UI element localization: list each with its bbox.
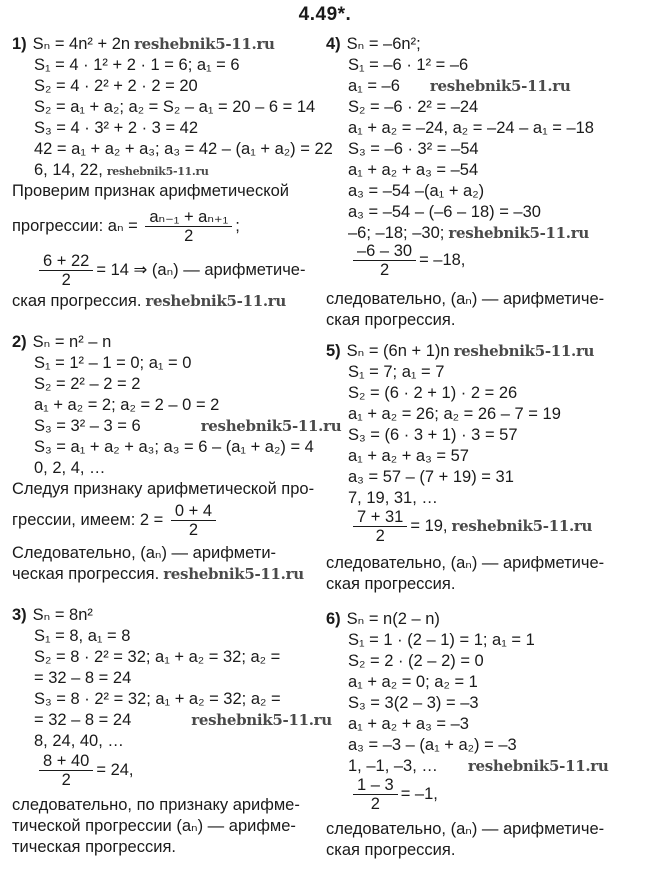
p6-line-2: S₂ = 2 · (2 – 2) = 0	[326, 652, 484, 671]
p6-line-6: a₃ = –3 – (a₁ + a₂) = –3	[326, 736, 517, 755]
fraction: 7 + 312	[353, 508, 407, 545]
p4-line-0: 4)Sₙ = –6n²;	[326, 35, 421, 54]
p5-line-4: S₃ = (6 · 3 + 1) · 3 = 57	[326, 426, 518, 445]
p4-line-1: S₁ = –6 · 1² = –6	[326, 56, 468, 75]
p3-line-1: S₁ = 8, a₁ = 8	[12, 627, 130, 646]
fraction: 6 + 222	[39, 252, 93, 289]
p5-line-0: 5)Sₙ = (6n + 1)nreshebnik5-11.ru	[326, 342, 594, 361]
p4-label: 4)	[326, 35, 341, 53]
p4-line-9: –6; –18; –30;reshebnik5-11.ru	[326, 224, 589, 243]
p1-formula: прогрессии: aₙ = aₙ₋₁ + aₙ₊₁2;	[12, 208, 240, 245]
p3-conclusion-2: тической прогрессии (aₙ) — арифме-	[12, 817, 296, 836]
p4-conclusion-2: ская прогрессия.	[326, 311, 455, 330]
p6-line-0: 6)Sₙ = n(2 – n)	[326, 610, 440, 629]
p2-line-4: S₃ = 3² – 3 = 6reshebnik5-11.ru	[12, 417, 341, 436]
watermark: reshebnik5-11.ru	[430, 77, 571, 95]
p1-conclusion: ская прогрессия.reshebnik5-11.ru	[12, 292, 286, 311]
p5-label: 5)	[326, 342, 341, 360]
p2-line-6: 0, 2, 4, …	[12, 459, 106, 478]
p5-line-3: a₁ + a₂ = 26; a₂ = 26 – 7 = 19	[326, 405, 561, 424]
watermark: reshebnik5-11.ru	[163, 565, 304, 583]
p3-line-4: S₃ = 8 · 2² = 32; a₁ + a₂ = 32; a₂ =	[12, 690, 281, 709]
fraction: –6 – 302	[353, 242, 416, 279]
p4-line-5: S₃ = –6 · 3² = –54	[326, 140, 479, 159]
p3-line-5: = 32 – 8 = 24reshebnik5-11.ru	[12, 711, 332, 730]
p4-conclusion-1: следовательно, (aₙ) — арифметиче-	[326, 290, 604, 309]
watermark: reshebnik5-11.ru	[134, 35, 275, 53]
watermark: reshebnik5-11.ru	[145, 292, 286, 310]
p5-check: 7 + 312= 19,reshebnik5-11.ru	[350, 508, 592, 545]
p2-text: Следуя признаку арифметической про-	[12, 480, 314, 499]
p6-line-5: a₁ + a₂ + a₃ = –3	[326, 715, 469, 734]
watermark: reshebnik5-11.ru	[452, 517, 593, 535]
p3-label: 3)	[12, 606, 27, 624]
p6-check: 1 – 32= –1,	[350, 776, 438, 813]
p4-line-2: a₁ = –6reshebnik5-11.ru	[326, 77, 571, 96]
p5-line-1: S₁ = 7; a₁ = 7	[326, 363, 444, 382]
p2-conclusion-2: ческая прогрессия.reshebnik5-11.ru	[12, 565, 304, 584]
watermark: reshebnik5-11.ru	[191, 711, 332, 729]
p6-line-1: S₁ = 1 · (2 – 1) = 1; a₁ = 1	[326, 631, 535, 650]
p4-line-3: S₂ = –6 · 2² = –24	[326, 98, 478, 117]
p5-conclusion-1: следовательно, (aₙ) — арифметиче-	[326, 554, 604, 573]
p5-line-2: S₂ = (6 · 2 + 1) · 2 = 26	[326, 384, 517, 403]
fraction: 0 + 42	[171, 502, 216, 539]
p2-line-5: S₃ = a₁ + a₂ + a₃; a₃ = 6 – (a₁ + a₂) = …	[12, 438, 314, 457]
p6-conclusion-2: ская прогрессия.	[326, 841, 455, 860]
p3-line-6: 8, 24, 40, …	[12, 732, 124, 751]
watermark: reshebnik5-11.ru	[107, 165, 209, 178]
p1-line-0: 1)Sₙ = 4n² + 2nreshebnik5-11.ru	[12, 35, 275, 54]
p5-line-5: a₁ + a₂ + a₃ = 57	[326, 447, 469, 466]
p5-line-7: 7, 19, 31, …	[326, 489, 438, 508]
p1-line-4: S₃ = 4 · 3² + 2 · 3 = 42	[12, 119, 198, 138]
p5-line-6: a₃ = 57 – (7 + 19) = 31	[326, 468, 514, 487]
p1-line-5: 42 = a₁ + a₂ + a₃; a₃ = 42 – (a₁ + a₂) =…	[12, 140, 333, 159]
fraction: 1 – 32	[353, 776, 398, 813]
p6-line-4: S₃ = 3(2 – 3) = –3	[326, 694, 479, 713]
p1-line-1: S₁ = 4 · 1² + 2 · 1 = 6; a₁ = 6	[12, 56, 240, 75]
p4-check: –6 – 302= –18,	[350, 242, 465, 279]
p4-line-6: a₁ + a₂ + a₃ = –54	[326, 161, 478, 180]
watermark: reshebnik5-11.ru	[448, 224, 589, 242]
p2-line-3: a₁ + a₂ = 2; a₂ = 2 – 0 = 2	[12, 396, 219, 415]
p1-line-2: S₂ = 4 · 2² + 2 · 2 = 20	[12, 77, 198, 96]
p1-text: Проверим признак арифметической	[12, 182, 289, 201]
p6-conclusion-1: следовательно, (aₙ) — арифметиче-	[326, 820, 604, 839]
p3-line-3: = 32 – 8 = 24	[12, 669, 131, 688]
p3-check: 8 + 402= 24,	[36, 752, 134, 789]
p5-conclusion-2: ская прогрессия.	[326, 575, 455, 594]
p1-line-6: 6, 14, 22,reshebnik5-11.ru	[12, 161, 209, 181]
p2-label: 2)	[12, 333, 27, 351]
p4-line-8: a₃ = –54 – (–6 – 18) = –30	[326, 203, 541, 222]
p3-conclusion-3: тическая прогрессия.	[12, 838, 176, 857]
watermark: reshebnik5-11.ru	[468, 757, 609, 775]
problem-title: 4.49*.	[0, 4, 650, 26]
p2-conclusion-1: Следовательно, (aₙ) — арифмети-	[12, 544, 276, 563]
fraction: 8 + 402	[39, 752, 93, 789]
p6-label: 6)	[326, 610, 341, 628]
fraction: aₙ₋₁ + aₙ₊₁2	[145, 208, 232, 245]
p2-line-0: 2)Sₙ = n² – n	[12, 333, 111, 352]
p4-line-4: a₁ + a₂ = –24, a₂ = –24 – a₁ = –18	[326, 119, 594, 138]
p3-line-0: 3)Sₙ = 8n²	[12, 606, 93, 625]
p1-check: 6 + 222= 14 ⇒ (aₙ) — арифметиче-	[36, 252, 305, 289]
p3-line-2: S₂ = 8 · 2² = 32; a₁ + a₂ = 32; a₂ =	[12, 648, 280, 667]
p2-line-1: S₁ = 1² – 1 = 0; a₁ = 0	[12, 354, 191, 373]
p1-line-3: S₂ = a₁ + a₂; a₂ = S₂ – a₁ = 20 – 6 = 14	[12, 98, 315, 117]
p6-line-7: 1, –1, –3, …reshebnik5-11.ru	[326, 757, 608, 776]
p2-line-2: S₂ = 2² – 2 = 2	[12, 375, 140, 394]
watermark: reshebnik5-11.ru	[454, 342, 595, 360]
p4-line-7: a₃ = –54 –(a₁ + a₂)	[326, 182, 484, 201]
watermark: reshebnik5-11.ru	[201, 417, 342, 435]
p6-line-3: a₁ + a₂ = 0; a₂ = 1	[326, 673, 478, 692]
p3-conclusion-1: следовательно, по признаку арифме-	[12, 796, 300, 815]
p2-check: грессии, имеем: 2 = 0 + 42	[12, 502, 219, 539]
p1-label: 1)	[12, 35, 27, 53]
